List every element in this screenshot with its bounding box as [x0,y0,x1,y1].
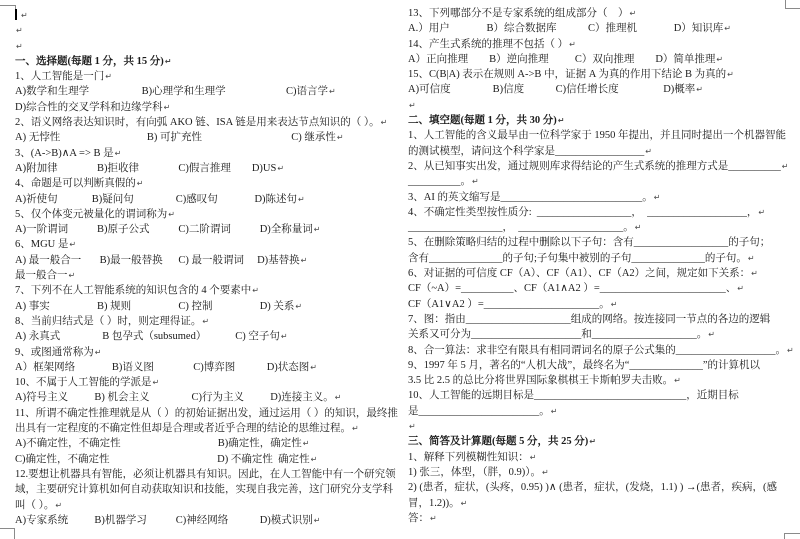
line-text: 9、1997 年 5 月，著名的“人机大战”，最终名为“____________… [408,360,760,371]
paragraph-mark-icon: ↵ [737,284,744,293]
text-line[interactable]: 13、下列哪部分不是专家系统的组成部分（ ）↵ [408,6,794,21]
line-text: 最一般合一 [15,270,68,281]
text-line[interactable]: 12.要想让机器具有智能，必须让机器具有知识。因此，在人工智能中有一个研究领 [15,467,393,482]
paragraph-mark-icon: ↵ [335,393,342,402]
text-line[interactable]: 是_______________________。↵ [408,404,794,419]
paragraph-mark-icon: ↵ [569,40,576,49]
text-line[interactable]: 叫（ ）。↵ [15,498,393,513]
text-line[interactable]: A) 无悖性 B) 可扩充性 C) 继承性↵ [15,130,393,145]
paragraph-mark-icon: ↵ [202,317,209,326]
line-text: 5、在删除策略归结的过程中删除以下子句：含有__________________… [408,237,770,248]
line-text: A)符号主义 B) 机会主义 C)行为主义 D)连接主义。 [15,392,334,403]
text-line[interactable]: C)确定性，不确定性 D) 不确定性 确定性↵ [15,452,393,467]
text-line[interactable]: 3.5 比 2.5 的总比分将世界国际象棋棋王卡斯帕罗夫击败。↵ [408,373,794,388]
text-line[interactable]: 含有______________的子句;子句集中被别的子句___________… [408,251,794,266]
text-line[interactable]: 9、或图通常称为↵ [15,345,393,360]
text-line[interactable]: 9、1997 年 5 月，著名的“人机大战”，最终名为“____________… [408,358,794,373]
paragraph-mark-icon: ↵ [164,103,171,112]
text-line[interactable]: 2) (患者，症状，(头疼，0.95) )∧ (患者，症状，(发烧，1.1) )… [408,480,794,495]
text-line[interactable]: D)综合性的交叉学科和边缘学科↵ [15,100,393,115]
text-line[interactable]: CF（~A）=__________、CF（A1∧A2 ）=___________… [408,281,794,296]
line-text: A）框架网络 B)语义图 C)博弈图 D)状态图 [15,362,309,373]
line-text: A)附加律 B)拒收律 C)假言推理 D)US [15,163,276,174]
line-text: A.）用户 B）综合数据库 C）推理机 D）知识库 [408,23,723,34]
line-text: A) 永真式 B 包孕式（subsumed） C) 空子句 [15,331,280,342]
text-boundary-mark-bottom-left [0,528,15,539]
text-line[interactable]: 三、简答及计算题(每题 5 分，共 25 分)↵ [408,434,794,449]
paragraph-mark-icon: ↵ [153,378,160,387]
paragraph-mark-icon: ↵ [16,26,23,35]
line-text: __________________， ____________________… [408,222,634,233]
paragraph-mark-icon: ↵ [727,70,734,79]
line-text: 1、解释下列模糊性知识： [408,452,529,463]
paragraph-mark-icon: ↵ [252,286,259,295]
text-line[interactable]: A)专家系统 B)机器学习 C)神经网络 D)模式识别↵ [15,513,393,528]
text-line[interactable]: 二、填空题(每题 1 分，共 30 分)↵ [408,113,794,128]
paragraph-mark-icon: ↵ [654,193,661,202]
line-text: 13、下列哪部分不是专家系统的组成部分（ ） [408,8,629,19]
paragraph-mark-icon: ↵ [69,271,76,280]
empty-paragraph-line[interactable]: ↵ [408,98,794,113]
line-text: 2、语义网络表达知识时，有向弧 AKO 链、ISA 链是用来表达节点知识的（ ）… [15,117,380,128]
paragraph-mark-icon: ↵ [314,225,321,234]
paragraph-mark-icon: ↵ [295,302,302,311]
paragraph-mark-icon: ↵ [542,468,549,477]
line-text: 1) 张三，体型，（胖，0.9)）。 [408,467,541,478]
text-line[interactable]: A) 事实 B) 规则 C) 控制 D) 关系↵ [15,299,393,314]
paragraph-mark-icon: ↵ [329,87,336,96]
text-line[interactable]: 6、对证据的可信度 CF（A）、CF（A1）、CF（A2）之间，规定如下关系：↵ [408,266,794,281]
line-text: 1、人工智能的含义最早由一位科学家于 1950 年提出，并且同时提出一个机器智能 [408,130,786,141]
paragraph-mark-icon: ↵ [635,223,642,232]
paragraph-mark-icon: ↵ [530,453,537,462]
paragraph-mark-icon: ↵ [16,42,23,51]
text-line[interactable]: 15、C(B|A) 表示在规则 A->B 中，证据 A 为真的作用下结论 B 为… [408,67,794,82]
paragraph-mark-icon: ↵ [277,164,284,173]
text-line[interactable]: A)一阶谓词 B)原子公式 C)二阶谓词 D)全称量词↵ [15,222,393,237]
line-text: 3.5 比 2.5 的总比分将世界国际象棋棋王卡斯帕罗夫击败。 [408,375,673,386]
text-line[interactable]: 3、AI 的英文缩写是___________________________。↵ [408,190,794,205]
paragraph-mark-icon: ↵ [472,177,479,186]
line-text: A) 最一般合一 B)最一般替换 C) 最一般谓词 D)基替换 [15,255,300,266]
paragraph-mark-icon: ↵ [716,55,723,64]
line-text: 出具有一定程度的不确定性但却是合理或者近乎合理的结论的思维过程。 [15,423,351,434]
line-text: 答： [408,513,429,524]
line-text: 7、图：指由____________________组成的网络。按连接同一节点的… [408,314,770,325]
line-text: 1、人工智能是一门 [15,71,104,82]
paragraph-mark-icon: ↵ [751,269,758,278]
text-line[interactable]: A.）用户 B）综合数据库 C）推理机 D）知识库↵ [408,21,794,36]
text-line[interactable]: 14、产生式系统的推理不包括（ ）↵ [408,37,794,52]
paragraph-mark-icon: ↵ [758,208,765,217]
paragraph-mark-icon: ↵ [105,72,112,81]
text-line[interactable]: 10、人工智能的远期目标是___________________________… [408,388,794,403]
line-text: 3、AI 的英文缩写是___________________________。 [408,192,653,203]
text-line[interactable]: A)数学和生理学 B)心理学和生理学 C)语言学↵ [15,84,393,99]
line-text: A)祈使句 B)疑问句 C)感叹句 D)陈述句 [15,194,297,205]
text-line[interactable]: 5、在删除策略归结的过程中删除以下子句：含有__________________… [408,235,794,250]
text-line[interactable]: A)可信度 B)信度 C)信任增长度 D)概率↵ [408,82,794,97]
line-text: 10、人工智能的远期目标是___________________________… [408,390,739,401]
line-text: 二、填空题(每题 1 分，共 30 分) [408,115,557,126]
empty-paragraph-line[interactable]: ↵ [408,419,794,434]
paragraph-mark-icon: ↵ [461,499,468,508]
line-text: A) 事实 B) 规则 C) 控制 D) 关系 [15,301,294,312]
paragraph-mark-icon: ↵ [381,118,388,127]
paragraph-mark-icon: ↵ [674,376,681,385]
paragraph-mark-icon: ↵ [352,424,359,433]
text-line[interactable]: 4、命题是可以判断真假的↵ [15,176,393,191]
line-text: 7、下列不在人工智能系统的知识包含的 4 个要素中 [15,285,251,296]
line-text: 10、不属于人工智能的学派是 [15,377,152,388]
line-text: A)一阶谓词 B)原子公式 C)二阶谓词 D)全称量词 [15,224,313,235]
line-text: 6、对证据的可信度 CF（A）、CF（A1）、CF（A2）之间，规定如下关系： [408,268,750,279]
paragraph-mark-icon: ↵ [303,439,310,448]
paragraph-mark-icon: ↵ [611,300,618,309]
paragraph-mark-icon: ↵ [281,332,288,341]
line-text: 的测试模型，请问这个科学家是_________________ [408,146,644,157]
paragraph-mark-icon: ↵ [301,256,308,265]
text-line[interactable]: __________。↵ [408,174,794,189]
paragraph-mark-icon: ↵ [724,24,731,33]
paragraph-mark-icon: ↵ [69,240,76,249]
text-line[interactable]: 1、人工智能的含义最早由一位科学家于 1950 年提出，并且同时提出一个机器智能 [408,128,794,143]
empty-paragraph-line[interactable]: ↵ [15,8,393,23]
line-text: 4、命题是可以判断真假的 [15,178,136,189]
text-line[interactable]: A) 永真式 B 包孕式（subsumed） C) 空子句↵ [15,329,393,344]
text-line[interactable]: 1、解释下列模糊性知识：↵ [408,450,794,465]
paragraph-mark-icon: ↵ [430,514,437,523]
text-line[interactable]: __________________， ____________________… [408,220,794,235]
line-text: A)不确定性，不确定性 B)确定性，确定性 [15,438,302,449]
text-line[interactable]: 冒，1.2))。↵ [408,496,794,511]
paragraph-mark-icon: ↵ [787,346,794,355]
text-line[interactable]: 域，主要研究计算机如何自动获取知识和技能，实现自我完善，这门研究分支学科 [15,482,393,497]
line-text: 一、选择题(每题 1 分，共 15 分) [15,56,164,67]
line-text: 14、产生式系统的推理不包括（ ） [408,39,568,50]
text-line[interactable]: 1、人工智能是一门↵ [15,69,393,84]
text-line[interactable]: 关系又可分为_____________________和____________… [408,327,794,342]
line-text: 8、合一算法：求非空有限具有相同谓词名的原子公式集的______________… [408,345,786,356]
line-text: 2) (患者，症状，(头疼，0.95) )∧ (患者，症状，(发烧，1.1) )… [408,482,777,493]
line-text: C)确定性，不确定性 D) 不确定性 确定性 [15,454,310,465]
text-line[interactable]: 10、不属于人工智能的学派是↵ [15,375,393,390]
paragraph-mark-icon: ↵ [115,149,122,158]
paragraph-mark-icon: ↵ [645,147,652,156]
line-text: 关系又可分为_____________________和____________… [408,329,707,340]
paragraph-mark-icon: ↵ [310,363,317,372]
line-text: CF（~A）=__________、CF（A1∧A2 ）=___________… [408,283,736,294]
text-line[interactable]: 2、从已知事实出发，通过规则库求得结论的产生式系统的推理方式是_________… [408,159,794,174]
text-line[interactable]: 6、MGU 是↵ [15,237,393,252]
text-line[interactable]: 7、图：指由____________________组成的网络。按连接同一节点的… [408,312,794,327]
line-text: 是_______________________。 [408,406,550,417]
paragraph-mark-icon: ↵ [314,516,321,525]
paragraph-mark-icon: ↵ [298,195,305,204]
text-line[interactable]: 2、语义网络表达知识时，有向弧 AKO 链、ISA 链是用来表达节点知识的（ ）… [15,115,393,130]
column-left: ↵↵↵一、选择题(每题 1 分，共 15 分)↵1、人工智能是一门↵A)数学和生… [15,8,393,528]
paragraph-mark-icon: ↵ [409,101,416,110]
text-boundary-mark-top-left [0,5,16,19]
paragraph-mark-icon: ↵ [337,133,344,142]
line-text: 2、从已知事实出发，通过规则库求得结论的产生式系统的推理方式是_________… [408,161,781,172]
line-text: 4、不确定性类型按性质分: __________________， ______… [408,207,757,218]
paragraph-mark-icon: ↵ [165,57,172,66]
text-line[interactable]: 8、当前归结式是（ ）时，则定理得证。↵ [15,314,393,329]
text-line[interactable]: 11、所谓不确定性推理就是从（ ）的初始证据出发，通过运用（ ）的知识，最终推 [15,406,393,421]
line-text: 冒，1.2))。 [408,498,460,509]
line-text: 11、所谓不确定性推理就是从（ ）的初始证据出发，通过运用（ ）的知识，最终推 [15,408,398,419]
text-line[interactable]: 8、合一算法：求非空有限具有相同谓词名的原子公式集的______________… [408,343,794,358]
paragraph-mark-icon: ↵ [708,330,715,339]
paragraph-mark-icon: ↵ [311,455,318,464]
paragraph-mark-icon: ↵ [589,437,596,446]
text-cursor [15,9,17,20]
paragraph-mark-icon: ↵ [782,162,789,171]
text-line[interactable]: 4、不确定性类型按性质分: __________________， ______… [408,205,794,220]
text-line[interactable]: 出具有一定程度的不确定性但却是合理或者近乎合理的结论的思维过程。↵ [15,421,393,436]
text-line[interactable]: A）正向推理 B）逆向推理 C）双向推理 D）简单推理↵ [408,52,794,67]
line-text: 6、MGU 是 [15,239,68,250]
paragraph-mark-icon: ↵ [551,407,558,416]
paragraph-mark-icon: ↵ [55,501,62,510]
paragraph-mark-icon: ↵ [696,85,703,94]
line-text: 5、仅个体变元被量化的谓词称为 [15,209,167,220]
text-line[interactable]: A）框架网络 B)语义图 C)博弈图 D)状态图↵ [15,360,393,375]
text-line[interactable]: A)符号主义 B) 机会主义 C)行为主义 D)连接主义。↵ [15,390,393,405]
line-text: A)数学和生理学 B)心理学和生理学 C)语言学 [15,86,328,97]
empty-paragraph-line[interactable]: ↵ [15,23,393,38]
line-text: D)综合性的交叉学科和边缘学科 [15,102,163,113]
line-text: 12.要想让机器具有智能，必须让机器具有知识。因此，在人工智能中有一个研究领 [15,469,396,480]
line-text: 域，主要研究计算机如何自动获取知识和技能，实现自我完善，这门研究分支学科 [15,484,393,495]
text-line[interactable]: CF（A1∨A2 ）=______________________。↵ [408,297,794,312]
line-text: 含有______________的子句;子句集中被别的子句___________… [408,253,747,264]
text-boundary-mark-bottom-right [784,533,800,539]
line-text: 15、C(B|A) 表示在规则 A->B 中，证据 A 为真的作用下结论 B 为… [408,69,726,80]
text-line[interactable]: A)祈使句 B)疑问句 C)感叹句 D)陈述句↵ [15,192,393,207]
text-line[interactable]: 3、(A->B)∧A => B 是↵ [15,146,393,161]
text-line[interactable]: 答：↵ [408,511,794,526]
line-text: 三、简答及计算题(每题 5 分，共 25 分) [408,436,588,447]
line-text: A)专家系统 B)机器学习 C)神经网络 D)模式识别 [15,515,313,526]
paragraph-mark-icon: ↵ [137,179,144,188]
text-line[interactable]: 一、选择题(每题 1 分，共 15 分)↵ [15,54,393,69]
line-text: 3、(A->B)∧A => B 是 [15,148,114,159]
paragraph-mark-icon: ↵ [21,11,28,20]
line-text: A)可信度 B)信度 C)信任增长度 D)概率 [408,84,695,95]
text-line[interactable]: 7、下列不在人工智能系统的知识包含的 4 个要素中↵ [15,283,393,298]
paragraph-mark-icon: ↵ [558,116,565,125]
text-line[interactable]: 5、仅个体变元被量化的谓词称为↵ [15,207,393,222]
paragraph-mark-icon: ↵ [95,348,102,357]
text-line[interactable]: A)不确定性，不确定性 B)确定性，确定性↵ [15,436,393,451]
text-line[interactable]: A) 最一般合一 B)最一般替换 C) 最一般谓词 D)基替换↵ [15,253,393,268]
paragraph-mark-icon: ↵ [168,210,175,219]
paragraph-mark-icon: ↵ [748,254,755,263]
text-line[interactable]: A)附加律 B)拒收律 C)假言推理 D)US↵ [15,161,393,176]
paragraph-mark-icon: ↵ [630,9,637,18]
text-line[interactable]: 1) 张三，体型，（胖，0.9)）。↵ [408,465,794,480]
line-text: CF（A1∨A2 ）=______________________。 [408,299,610,310]
line-text: 叫（ ）。 [15,500,54,511]
document-page[interactable]: ↵↵↵一、选择题(每题 1 分，共 15 分)↵1、人工智能是一门↵A)数学和生… [0,0,800,539]
empty-paragraph-line[interactable]: ↵ [15,39,393,54]
text-line[interactable]: 最一般合一↵ [15,268,393,283]
text-line[interactable]: 的测试模型，请问这个科学家是_________________↵ [408,144,794,159]
column-right: 13、下列哪部分不是专家系统的组成部分（ ）↵A.）用户 B）综合数据库 C）推… [408,6,794,526]
line-text: A）正向推理 B）逆向推理 C）双向推理 D）简单推理 [408,54,715,65]
paragraph-mark-icon: ↵ [409,422,416,431]
line-text: 8、当前归结式是（ ）时，则定理得证。 [15,316,201,327]
line-text: __________。 [408,176,471,187]
line-text: 9、或图通常称为 [15,347,94,358]
line-text: A) 无悖性 B) 可扩充性 C) 继承性 [15,132,336,143]
